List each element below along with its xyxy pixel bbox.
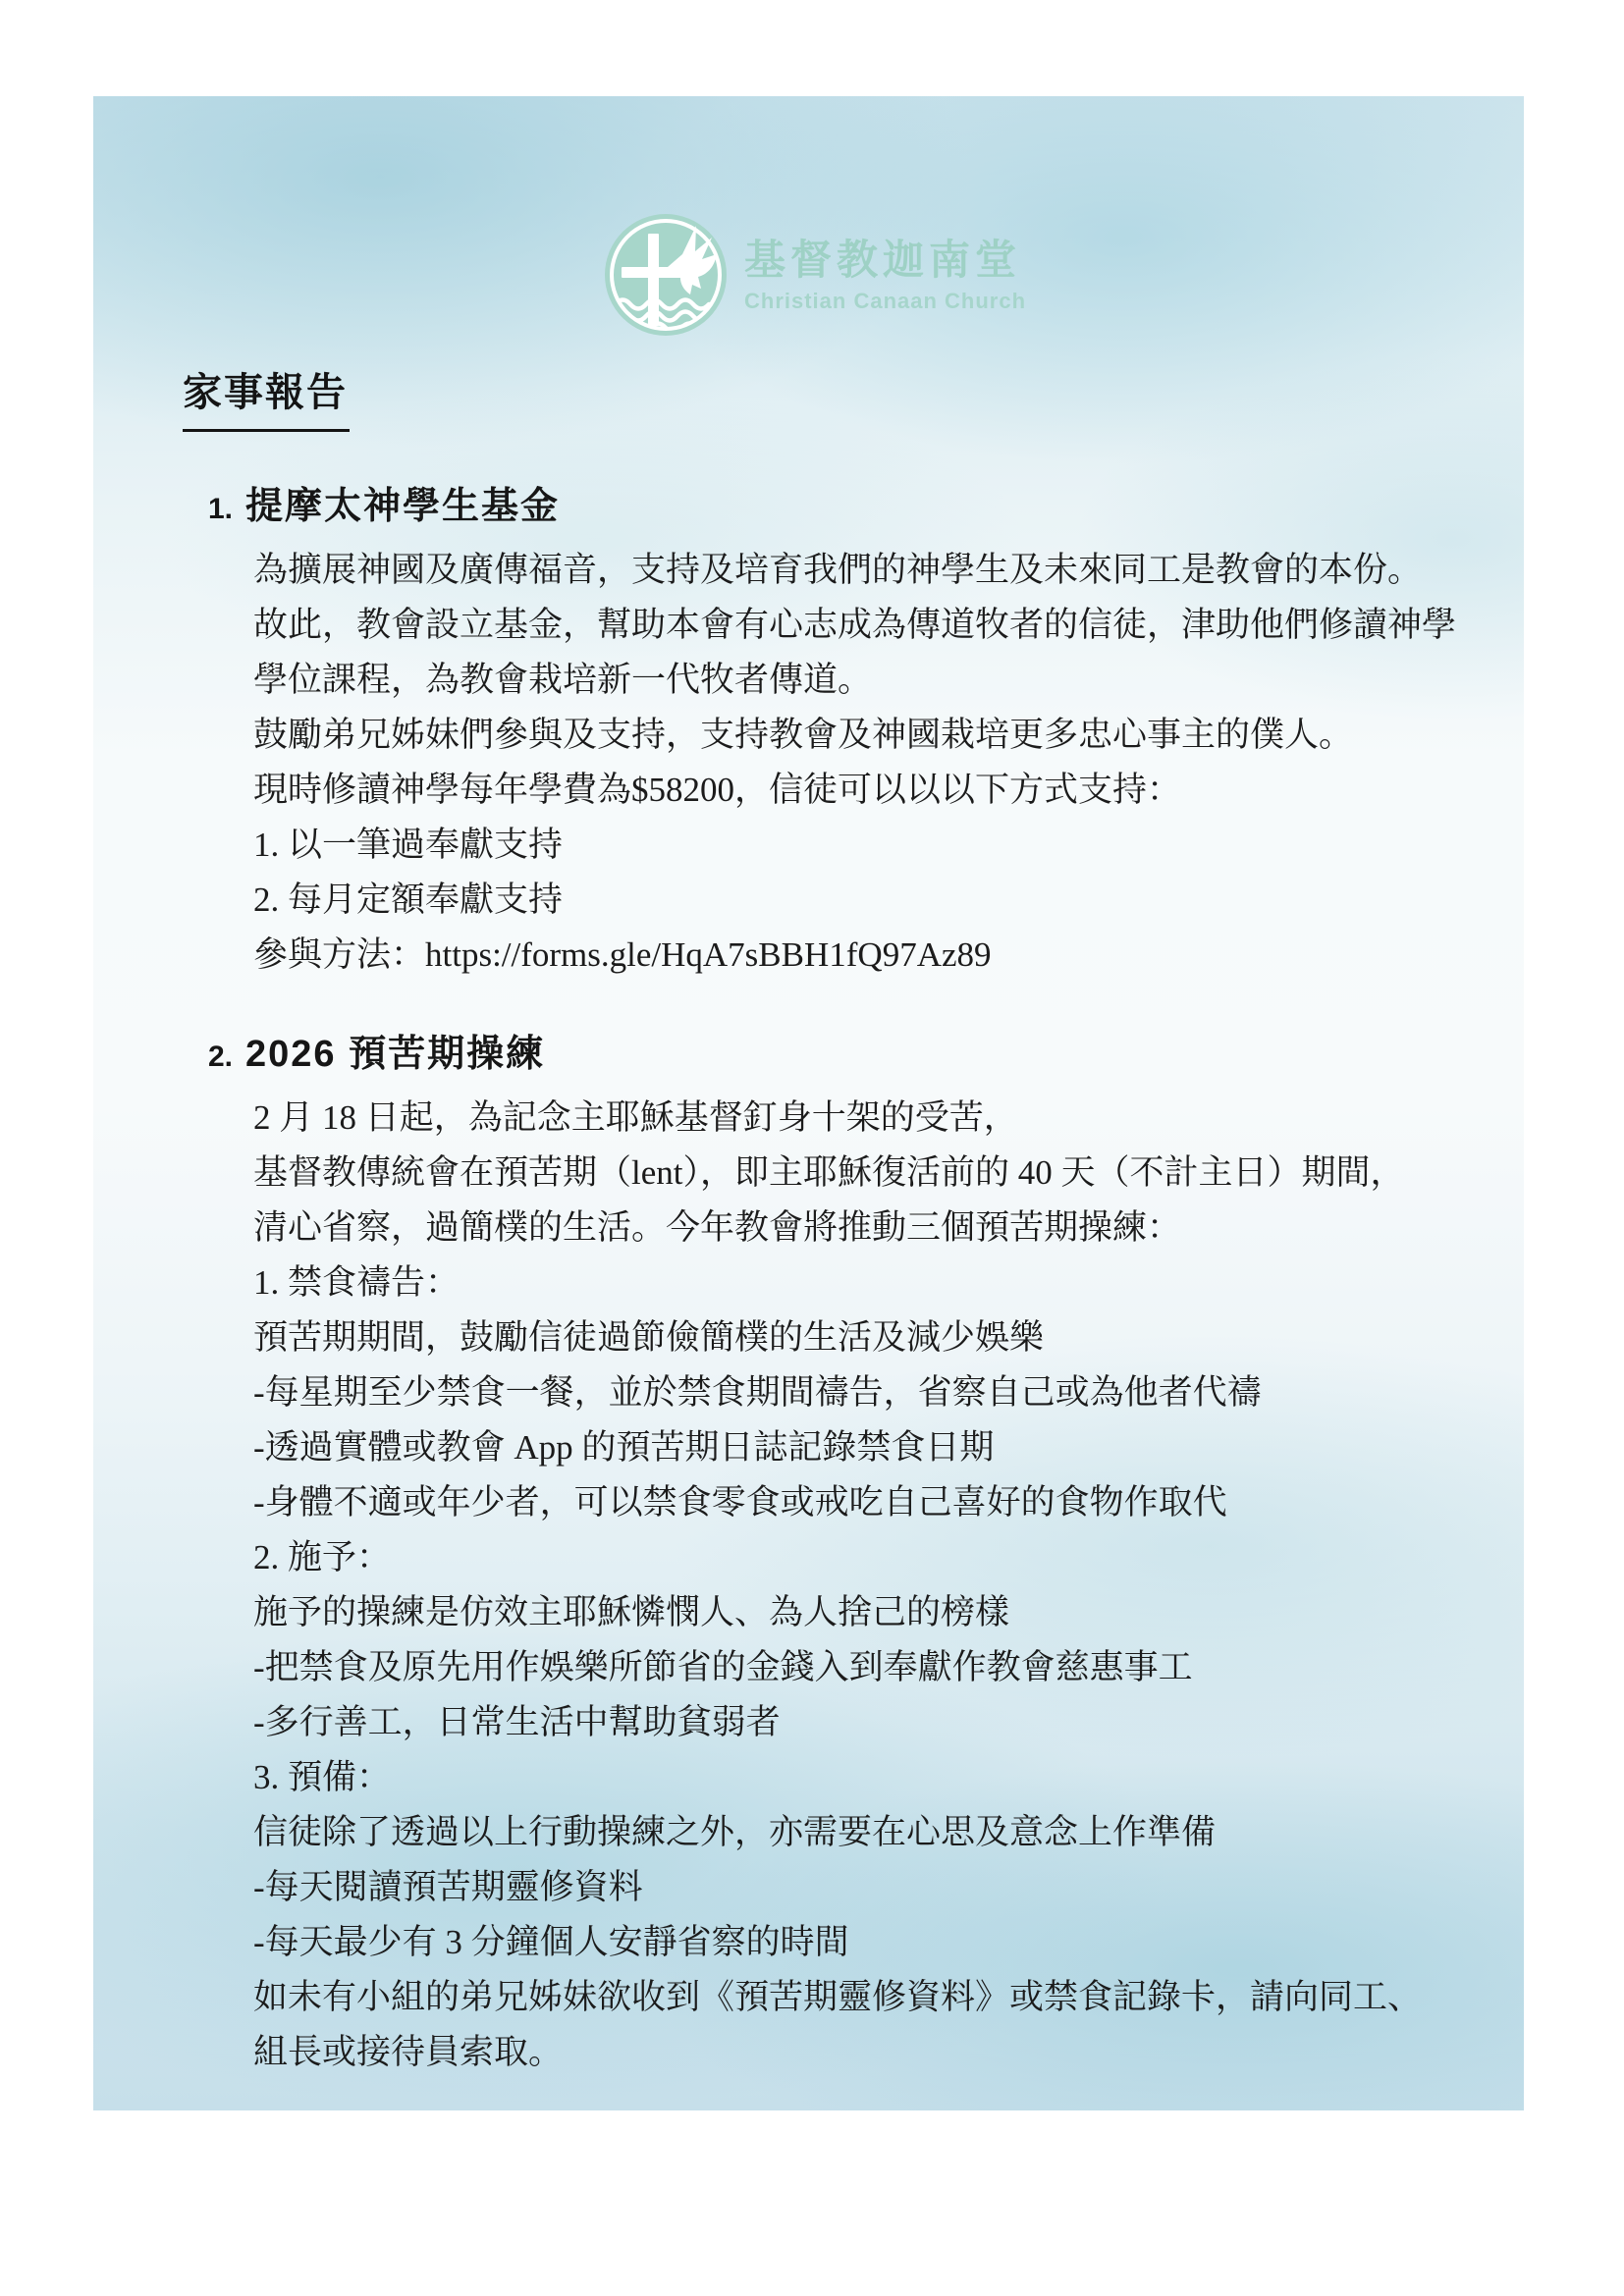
body-line: 參與方法：https://forms.gle/HqA7sBBH1fQ97Az89 xyxy=(253,928,1485,983)
logo-text: 基督教迦南堂 Christian Canaan Church xyxy=(744,210,1026,312)
body-line: 組長或接待員索取。 xyxy=(253,2025,1485,2080)
section-timothy-fund: 1. 提摩太神學生基金 為擴展神國及廣傳福音，支持及培育我們的神學生及未來同工是… xyxy=(208,483,1485,983)
body-line: -每天閱讀預苦期靈修資料 xyxy=(253,1860,1485,1915)
section-number: 1. xyxy=(208,493,245,526)
body-line: 學位課程，為教會栽培新一代牧者傳道。 xyxy=(253,653,1485,708)
body-line: 預苦期期間，鼓勵信徒過節儉簡樸的生活及減少娛樂 xyxy=(253,1310,1485,1365)
body-line: 鼓勵弟兄姊妹們參與及支持，支持教會及神國栽培更多忠心事主的僕人。 xyxy=(253,708,1485,763)
body-line: 1. 以一筆過奉獻支持 xyxy=(253,818,1485,873)
body-line: 2. 施予： xyxy=(253,1530,1485,1585)
body-line: -多行善工，日常生活中幫助貧弱者 xyxy=(253,1695,1485,1750)
body-line: 施予的操練是仿效主耶穌憐憫人、為人捨己的榜樣 xyxy=(253,1585,1485,1640)
body-line: -每星期至少禁食一餐，並於禁食期間禱告，省察自己或為他者代禱 xyxy=(253,1365,1485,1420)
logo-mark-icon xyxy=(601,210,731,340)
page-title: 家事報告 xyxy=(183,361,350,432)
body-line: 信徒除了透過以上行動操練之外，亦需要在心思及意念上作準備 xyxy=(253,1805,1485,1860)
section-lent-exercises: 2. 2026 預苦期操練 2 月 18 日起，為記念主耶穌基督釘身十架的受苦，… xyxy=(208,1031,1485,2080)
body-line: 現時修讀神學每年學費為$58200，信徒可以以以下方式支持： xyxy=(253,763,1485,818)
section-body: 為擴展神國及廣傳福音，支持及培育我們的神學生及未來同工是教會的本份。 故此，教會… xyxy=(253,543,1485,983)
logo-name-en: Christian Canaan Church xyxy=(744,291,1026,312)
logo-name-zh: 基督教迦南堂 xyxy=(744,240,1026,281)
body-line: 如未有小組的弟兄姊妹欲收到《預苦期靈修資料》或禁食記錄卡，請向同工、 xyxy=(253,1970,1485,2025)
section-body: 2 月 18 日起，為記念主耶穌基督釘身十架的受苦， 基督教傳統會在預苦期（le… xyxy=(253,1091,1485,2080)
body-line: -把禁食及原先用作娛樂所節省的金錢入到奉獻作教會慈惠事工 xyxy=(253,1640,1485,1695)
body-line: -透過實體或教會 App 的預苦期日誌記錄禁食日期 xyxy=(253,1420,1485,1475)
body-line: 為擴展神國及廣傳福音，支持及培育我們的神學生及未來同工是教會的本份。 xyxy=(253,543,1485,598)
section-heading: 2026 預苦期操練 xyxy=(245,1031,545,1078)
body-line: 基督教傳統會在預苦期（lent），即主耶穌復活前的 40 天（不計主日）期間， xyxy=(253,1146,1485,1201)
body-line: -身體不適或年少者，可以禁食零食或戒吃自己喜好的食物作取代 xyxy=(253,1475,1485,1530)
section-header: 1. 提摩太神學生基金 xyxy=(208,483,1485,530)
body-line: -每天最少有 3 分鐘個人安靜省察的時間 xyxy=(253,1915,1485,1970)
body-line: 1. 禁食禱告： xyxy=(253,1255,1485,1310)
body-line: 3. 預備： xyxy=(253,1750,1485,1805)
body-line: 故此，教會設立基金，幫助本會有心志成為傳道牧者的信徒，津助他們修讀神學 xyxy=(253,598,1485,653)
church-logo: 基督教迦南堂 Christian Canaan Church xyxy=(601,210,1026,340)
section-number: 2. xyxy=(208,1041,245,1074)
body-line: 2 月 18 日起，為記念主耶穌基督釘身十架的受苦， xyxy=(253,1091,1485,1146)
section-header: 2. 2026 預苦期操練 xyxy=(208,1031,1485,1078)
body-line: 2. 每月定額奉獻支持 xyxy=(253,873,1485,928)
body-line: 清心省察，過簡樸的生活。今年教會將推動三個預苦期操練： xyxy=(253,1201,1485,1255)
section-heading: 提摩太神學生基金 xyxy=(245,483,560,530)
